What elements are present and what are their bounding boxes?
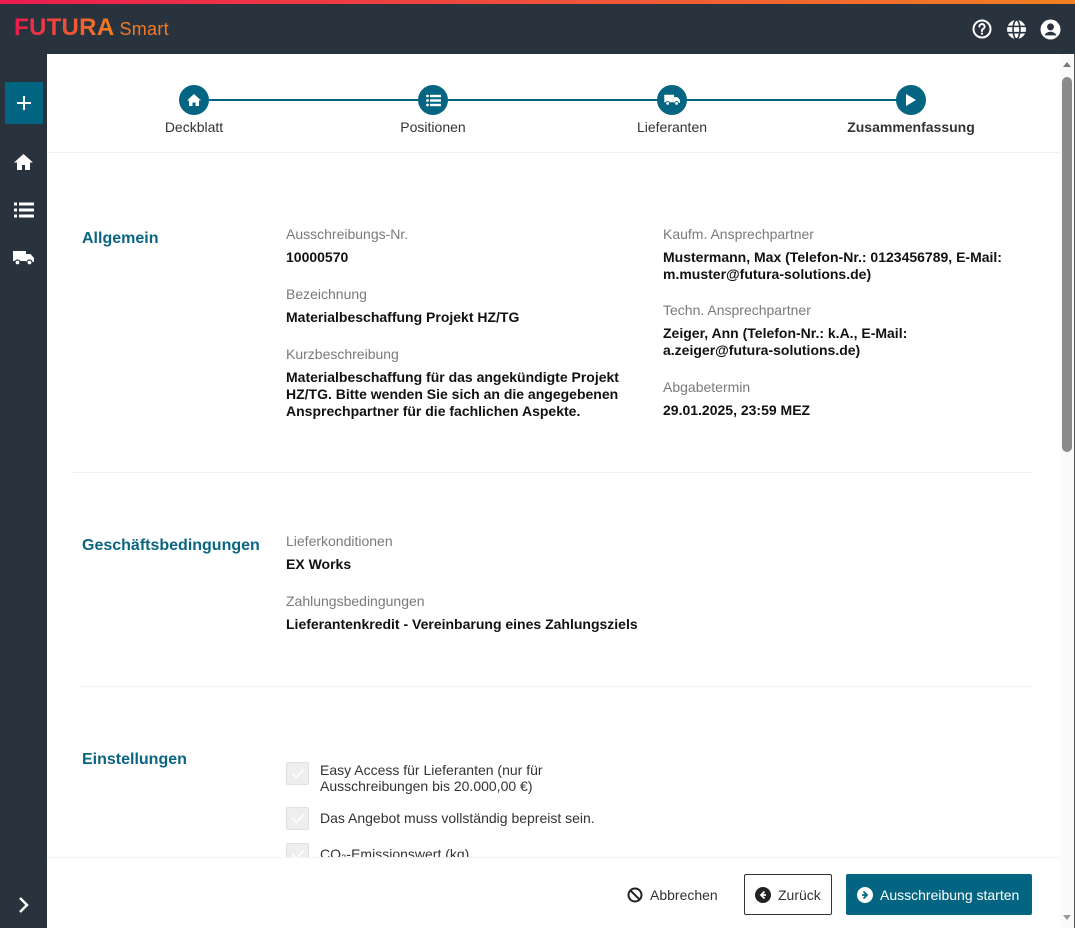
sidebar-item-home[interactable] [0,147,47,177]
action-bar: Abbrechen Zurück Ausschreibung starten [47,857,1060,928]
step-positionen[interactable]: Positionen [333,85,533,135]
help-icon[interactable] [971,18,993,40]
main-content: Deckblatt Positionen Lieferanten Zusamme… [47,54,1060,928]
stepper-line [194,99,911,101]
option-checkbox[interactable] [286,807,309,830]
field-label: Kurzbeschreibung [286,346,626,362]
step-deckblatt[interactable]: Deckblatt [94,85,294,135]
sidebar [0,54,47,928]
contact-line: Mustermann, Max (Telefon-Nr.: 0123456789… [663,249,1002,265]
field-abgabetermin: Abgabetermin 29.01.2025, 23:59 MEZ [663,379,1023,419]
arrow-right-circle-icon [857,887,873,903]
field-bezeichnung: Bezeichnung Materialbeschaffung Projekt … [286,286,626,326]
globe-icon[interactable] [1005,18,1027,40]
field-label: Kaufm. Ansprechpartner [663,226,1023,242]
product-name: Smart [119,19,169,39]
add-button[interactable] [5,82,43,124]
chevron-right-icon [18,896,30,914]
sidebar-item-positions[interactable] [0,195,47,225]
contact-line: Zeiger, Ann (Telefon-Nr.: k.A., E-Mail: [663,325,907,341]
scroll-thumb[interactable] [1062,77,1072,452]
sidebar-item-suppliers[interactable] [0,243,47,273]
field-value: EX Works [286,556,786,573]
section-divider [79,686,1032,687]
section-title-geschaeftsbedingungen: Geschäftsbedingungen [82,537,260,555]
field-lieferkonditionen: Lieferkonditionen EX Works [286,533,786,573]
list-icon [14,202,34,218]
step-lieferanten[interactable]: Lieferanten [572,85,772,135]
field-value: 29.01.2025, 23:59 MEZ [663,402,1023,419]
field-zahlungsbedingungen: Zahlungsbedingungen Lieferantenkredit - … [286,593,786,633]
field-ausschreibungs-nr: Ausschreibungs-Nr. 10000570 [286,226,626,266]
field-value: 10000570 [286,249,626,266]
scroll-down-arrow[interactable] [1063,915,1071,920]
step-label: Deckblatt [94,119,294,135]
field-label: Abgabetermin [663,379,1023,395]
field-label: Lieferkonditionen [286,533,786,549]
ban-icon [627,887,643,903]
app-logo: FUTURASmart [14,14,169,42]
option-label: Easy Access für Lieferanten (nur für Aus… [320,762,590,794]
sidebar-expand-button[interactable] [0,890,47,920]
section-divider [72,472,1032,473]
list-icon [426,94,441,107]
option-label: Das Angebot muss vollständig bepreist se… [320,807,640,826]
step-zusammenfassung[interactable]: Zusammenfassung [811,85,1011,135]
field-value: Materialbeschaffung für das angekündigte… [286,369,626,420]
button-label: Abbrechen [650,887,718,903]
step-label: Zusammenfassung [811,119,1011,135]
field-value: Lieferantenkredit - Vereinbarung eines Z… [286,616,786,633]
option-checkbox[interactable] [286,762,309,785]
contact-email: m.muster@futura-solutions.de) [663,266,871,282]
arrow-left-circle-icon [755,887,771,903]
button-label: Ausschreibung starten [880,887,1019,903]
home-icon [186,93,202,107]
truck-icon [13,250,35,266]
play-icon [905,93,917,107]
wizard-stepper: Deckblatt Positionen Lieferanten Zusamme… [47,54,1060,153]
step-label: Lieferanten [572,119,772,135]
button-label: Zurück [778,887,821,903]
option-easy-access: Easy Access für Lieferanten (nur für Aus… [286,762,590,794]
field-techn-ansprechpartner: Techn. Ansprechpartner Zeiger, Ann (Tele… [663,302,1023,359]
field-value: Zeiger, Ann (Telefon-Nr.: k.A., E-Mail:a… [663,325,1023,359]
contact-email: a.zeiger@futura-solutions.de) [663,342,860,358]
scroll-up-arrow[interactable] [1063,62,1071,67]
cancel-button[interactable]: Abbrechen [627,874,718,915]
plus-icon [16,95,32,111]
field-value: Materialbeschaffung Projekt HZ/TG [286,309,626,326]
back-button[interactable]: Zurück [744,874,832,915]
truck-icon [664,94,681,106]
section-title-einstellungen: Einstellungen [82,751,187,769]
field-value: Mustermann, Max (Telefon-Nr.: 0123456789… [663,249,1023,283]
app-header: FUTURASmart [0,0,1075,54]
field-label: Bezeichnung [286,286,626,302]
section-title-allgemein: Allgemein [82,230,158,248]
field-kurzbeschreibung: Kurzbeschreibung Materialbeschaffung für… [286,346,626,420]
field-kaufm-ansprechpartner: Kaufm. Ansprechpartner Mustermann, Max (… [663,226,1023,283]
start-tender-button[interactable]: Ausschreibung starten [846,874,1032,915]
step-label: Positionen [333,119,533,135]
field-label: Zahlungsbedingungen [286,593,786,609]
field-label: Ausschreibungs-Nr. [286,226,626,242]
home-icon [13,153,34,171]
field-label: Techn. Ansprechpartner [663,302,1023,318]
header-accent-bar [0,0,1075,4]
account-icon[interactable] [1039,18,1061,40]
brand-name: FUTURA [14,14,114,41]
vertical-scrollbar[interactable] [1060,54,1075,928]
option-vollstaendig-bepreist: Das Angebot muss vollständig bepreist se… [286,807,640,830]
